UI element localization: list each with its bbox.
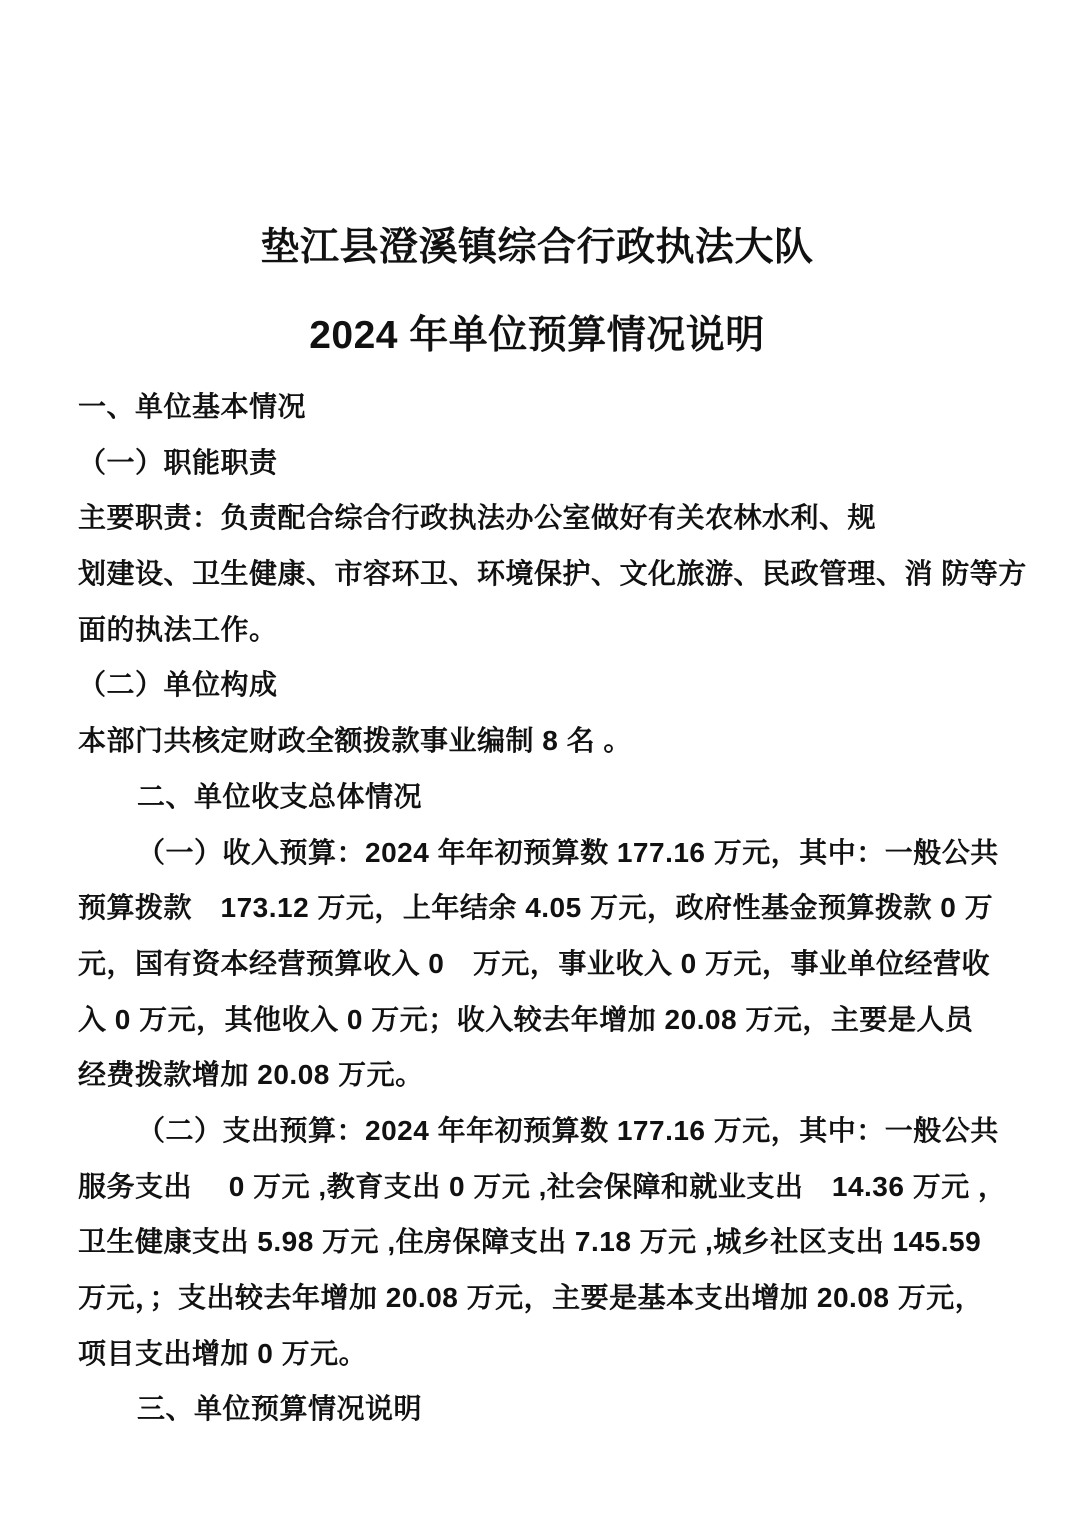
- heading-revenue-expenditure-overview: 二、单位收支总体情况: [78, 769, 1016, 825]
- heading-unit-basic-info: 一、单位基本情况: [78, 379, 1016, 435]
- text-line: 主要职责：负责配合综合行政执法办公室做好有关农林水利、规: [78, 490, 1016, 546]
- document-subtitle: 2024 年单位预算情况说明: [0, 316, 1074, 356]
- document-page: 垫江县澄溪镇综合行政执法大队 2024 年单位预算情况说明 一、单位基本情况 （…: [0, 0, 1074, 1520]
- text-line: 卫生健康支出 5.98 万元 ,住房保障支出 7.18 万元 ,城乡社区支出 1…: [78, 1214, 1016, 1270]
- text-line: 划建设、卫生健康、市容环卫、环境保护、文化旅游、民政管理、消 防等方: [78, 546, 1016, 602]
- heading-budget-explanation: 三、单位预算情况说明: [78, 1381, 1016, 1437]
- text-line: 本部门共核定财政全额拨款事业编制 8 名 。: [78, 713, 1016, 769]
- text-line: 项目支出增加 0 万元。: [78, 1326, 1016, 1382]
- text-line: 服务支出 0 万元 ,教育支出 0 万元 ,社会保障和就业支出 14.36 万元…: [78, 1159, 1016, 1215]
- text-line: 面的执法工作。: [78, 602, 1016, 658]
- document-title: 垫江县澄溪镇综合行政执法大队: [0, 228, 1074, 268]
- text-line: 入 0 万元，其他收入 0 万元；收入较去年增加 20.08 万元，主要是人员: [78, 992, 1016, 1048]
- document-body: 一、单位基本情况 （一）职能职责 主要职责：负责配合综合行政执法办公室做好有关农…: [78, 379, 1016, 1437]
- heading-duties: （一）职能职责: [78, 435, 1016, 491]
- text-line: 元，国有资本经营预算收入 0 万元，事业收入 0 万元，事业单位经营收: [78, 936, 1016, 992]
- text-line: 预算拨款 173.12 万元，上年结余 4.05 万元，政府性基金预算拨款 0 …: [78, 880, 1016, 936]
- heading-unit-composition: （二）单位构成: [78, 657, 1016, 713]
- text-line-income-budget: （一）收入预算：2024 年年初预算数 177.16 万元，其中：一般公共: [78, 825, 1016, 881]
- text-line-expenditure-budget: （二）支出预算：2024 年年初预算数 177.16 万元，其中：一般公共: [78, 1103, 1016, 1159]
- text-line: 经费拨款增加 20.08 万元。: [78, 1047, 1016, 1103]
- text-line: 万元，；支出较去年增加 20.08 万元，主要是基本支出增加 20.08 万元，: [78, 1270, 1016, 1326]
